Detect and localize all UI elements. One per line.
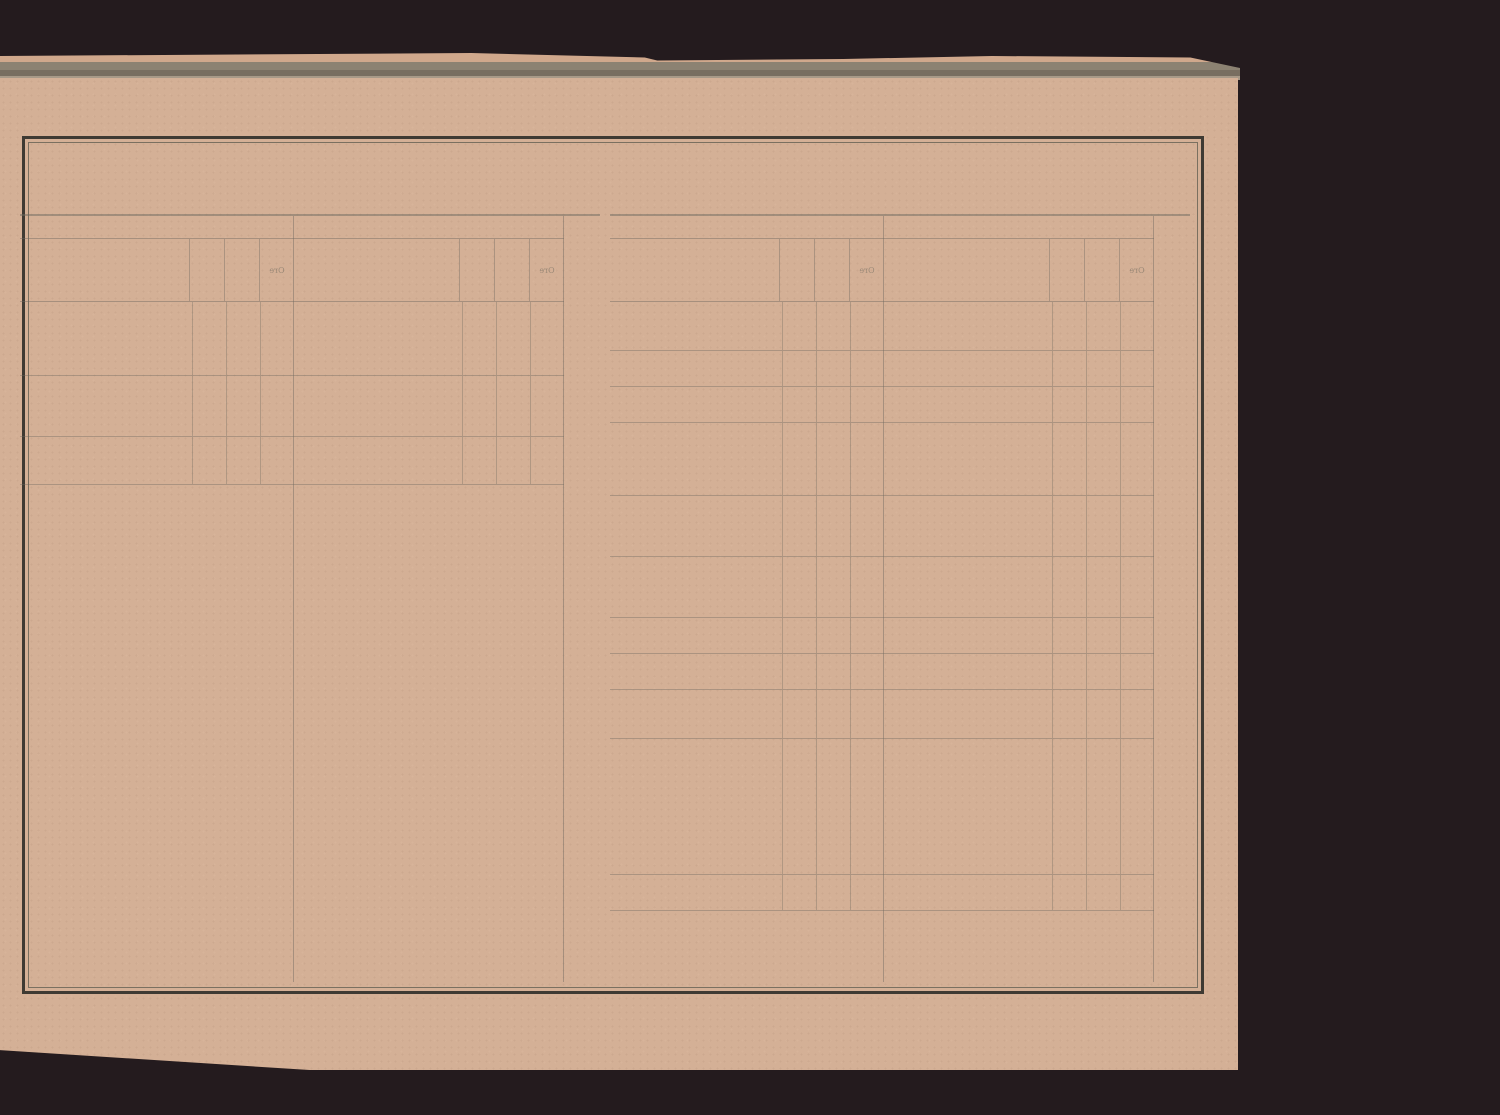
station-name [884, 654, 1052, 689]
time-cells [1052, 496, 1154, 556]
time-cell [1086, 302, 1120, 350]
table-row [610, 557, 884, 618]
time-cell [530, 437, 564, 485]
time-cell [1120, 557, 1154, 617]
station-name [610, 618, 782, 653]
station-name [610, 351, 782, 386]
time-cell [1052, 496, 1086, 556]
table-row [884, 423, 1154, 497]
time-cells [782, 739, 884, 874]
time-cell [226, 437, 260, 485]
rows-da [610, 302, 884, 911]
column-headers: Ore [884, 239, 1154, 302]
time-cell [1086, 351, 1120, 386]
col-stazioni [610, 239, 779, 301]
table-row [610, 739, 884, 875]
time-cell [1120, 423, 1154, 496]
time-cell [782, 387, 816, 422]
station-name [20, 437, 192, 485]
time-cells [1052, 875, 1154, 910]
table-row [884, 875, 1154, 911]
time-cells [782, 654, 884, 689]
table-row [294, 302, 564, 376]
station-name [884, 739, 1052, 874]
time-cells [782, 690, 884, 738]
time-cell [1052, 423, 1086, 496]
time-cell [1120, 351, 1154, 386]
time-cell [260, 437, 294, 485]
time-cells [1052, 690, 1154, 738]
time-cell [850, 557, 884, 617]
time-cell [1120, 875, 1154, 910]
time-cell [1052, 351, 1086, 386]
station-name [610, 690, 782, 738]
book-page: Ore Ore Ore Ore [0, 78, 1238, 1070]
section-header [20, 216, 294, 239]
table-row [610, 302, 884, 351]
time-cell [1086, 618, 1120, 653]
time-cell [1086, 423, 1120, 496]
section-per-roma: Ore [883, 216, 1154, 982]
time-cells [192, 437, 294, 485]
time-cell [1120, 496, 1154, 556]
time-cells [192, 302, 294, 375]
table-row [610, 618, 884, 654]
time-cell [1086, 496, 1120, 556]
show-through-mirrored-content: Ore Ore Ore Ore [30, 144, 1190, 980]
column-headers: Ore [610, 239, 884, 302]
time-cell [816, 875, 850, 910]
column-headers: Ore [294, 239, 564, 302]
col-durata: Ore [529, 239, 564, 301]
station-name [884, 302, 1052, 350]
time-cells [1052, 302, 1154, 350]
station-name [294, 437, 462, 485]
timetable-half-left: Ore Ore [610, 214, 1190, 982]
time-cell [1086, 739, 1120, 874]
station-name [884, 690, 1052, 738]
page-stack-edge [0, 50, 1240, 80]
station-name [884, 496, 1052, 556]
time-cells [462, 302, 564, 375]
time-cell [1086, 654, 1120, 689]
table-row [610, 690, 884, 739]
table-row [884, 351, 1154, 387]
time-cell [1052, 690, 1086, 738]
table-row [294, 437, 564, 486]
station-name [20, 302, 192, 375]
table-row [20, 302, 294, 376]
rows-per [884, 302, 1154, 911]
time-cell [462, 302, 496, 375]
col-partenza [189, 239, 224, 301]
table-row [884, 496, 1154, 557]
time-cell [1052, 387, 1086, 422]
time-cell [816, 618, 850, 653]
section-da-roma: Ore [20, 216, 294, 982]
time-cells [1052, 387, 1154, 422]
time-cells [782, 387, 884, 422]
col-durata: Ore [259, 239, 294, 301]
time-cell [226, 302, 260, 375]
time-cells [1052, 351, 1154, 386]
col-arrivo [494, 239, 529, 301]
km-column [563, 216, 600, 982]
col-arrivo [224, 239, 259, 301]
rows-da [20, 302, 294, 485]
time-cell [1120, 654, 1154, 689]
timetable-half-right: Ore Ore [20, 214, 600, 982]
time-cell [782, 690, 816, 738]
col-partenza [459, 239, 494, 301]
col-arrivo [814, 239, 849, 301]
time-cell [226, 376, 260, 436]
time-cell [850, 496, 884, 556]
time-cell [850, 351, 884, 386]
station-name [884, 387, 1052, 422]
table-row [610, 654, 884, 690]
time-cell [1086, 690, 1120, 738]
station-name [20, 376, 192, 436]
col-durata: Ore [849, 239, 884, 301]
time-cell [782, 618, 816, 653]
station-name [610, 875, 782, 910]
time-cell [782, 423, 816, 496]
time-cell [1052, 654, 1086, 689]
time-cell [1052, 557, 1086, 617]
time-cell [850, 302, 884, 350]
time-cell [782, 351, 816, 386]
time-cell [1086, 387, 1120, 422]
section-header [610, 216, 884, 239]
time-cell [192, 437, 226, 485]
time-cell [1120, 618, 1154, 653]
time-cells [782, 875, 884, 910]
time-cell [192, 376, 226, 436]
table-row [610, 351, 884, 387]
time-cells [462, 376, 564, 436]
time-cells [1052, 739, 1154, 874]
time-cell [816, 654, 850, 689]
time-cell [816, 351, 850, 386]
table-row [610, 496, 884, 557]
time-cell [816, 302, 850, 350]
time-cell [782, 496, 816, 556]
time-cells [782, 351, 884, 386]
time-cell [1086, 557, 1120, 617]
time-cell [850, 654, 884, 689]
time-cell [816, 690, 850, 738]
time-cells [782, 423, 884, 496]
time-cells [1052, 557, 1154, 617]
station-name [610, 654, 782, 689]
rows-per [294, 302, 564, 485]
time-cell [530, 376, 564, 436]
time-cell [850, 387, 884, 422]
time-cell [782, 875, 816, 910]
table-row [884, 387, 1154, 423]
time-cell [782, 739, 816, 874]
time-cell [850, 690, 884, 738]
time-cell [1052, 302, 1086, 350]
section-header [294, 216, 564, 239]
time-cells [782, 557, 884, 617]
time-cell [260, 376, 294, 436]
time-cell [496, 302, 530, 375]
time-cell [260, 302, 294, 375]
time-cell [816, 496, 850, 556]
table-row [20, 437, 294, 486]
station-name [294, 302, 462, 375]
section-header [884, 216, 1154, 239]
time-cell [1120, 387, 1154, 422]
time-cell [1120, 690, 1154, 738]
time-cells [782, 302, 884, 350]
station-name [610, 739, 782, 874]
time-cells [192, 376, 294, 436]
time-cell [850, 618, 884, 653]
time-cell [782, 557, 816, 617]
table-row [884, 690, 1154, 739]
column-headers: Ore [20, 239, 294, 302]
table-row [610, 875, 884, 911]
col-stazioni [294, 239, 459, 301]
time-cells [1052, 618, 1154, 653]
station-name [884, 875, 1052, 910]
time-cell [850, 423, 884, 496]
time-cell [530, 302, 564, 375]
col-stazioni [884, 239, 1049, 301]
table-row [884, 654, 1154, 690]
table-row [20, 376, 294, 437]
time-cell [816, 423, 850, 496]
time-cells [782, 618, 884, 653]
station-name [884, 618, 1052, 653]
station-name [884, 351, 1052, 386]
time-cell [1052, 618, 1086, 653]
time-cell [1086, 875, 1120, 910]
time-cell [462, 376, 496, 436]
time-cell [496, 376, 530, 436]
station-name [610, 496, 782, 556]
time-cell [496, 437, 530, 485]
station-name [610, 557, 782, 617]
time-cells [1052, 423, 1154, 496]
time-cell [462, 437, 496, 485]
station-name [610, 423, 782, 496]
time-cell [816, 557, 850, 617]
time-cell [782, 302, 816, 350]
section-da-roma: Ore [610, 216, 884, 982]
time-cells [1052, 654, 1154, 689]
time-cells [462, 437, 564, 485]
time-cell [1052, 739, 1086, 874]
col-partenza [1049, 239, 1084, 301]
time-cell [816, 739, 850, 874]
station-name [294, 376, 462, 436]
time-cell [1120, 739, 1154, 874]
time-cell [1052, 875, 1086, 910]
table-row [884, 618, 1154, 654]
section-per-roma: Ore [293, 216, 564, 982]
col-stazioni [20, 239, 189, 301]
time-cell [1120, 302, 1154, 350]
table-row [610, 423, 884, 497]
station-name [884, 557, 1052, 617]
station-name [884, 423, 1052, 496]
table-row [884, 557, 1154, 618]
table-row [294, 376, 564, 437]
time-cell [192, 302, 226, 375]
col-durata: Ore [1119, 239, 1154, 301]
table-row [884, 739, 1154, 875]
station-name [610, 302, 782, 350]
col-arrivo [1084, 239, 1119, 301]
km-column [1153, 216, 1190, 982]
time-cells [782, 496, 884, 556]
time-cell [850, 739, 884, 874]
col-partenza [779, 239, 814, 301]
time-cell [850, 875, 884, 910]
time-cell [816, 387, 850, 422]
station-name [610, 387, 782, 422]
table-row [610, 387, 884, 423]
table-row [884, 302, 1154, 351]
time-cell [782, 654, 816, 689]
